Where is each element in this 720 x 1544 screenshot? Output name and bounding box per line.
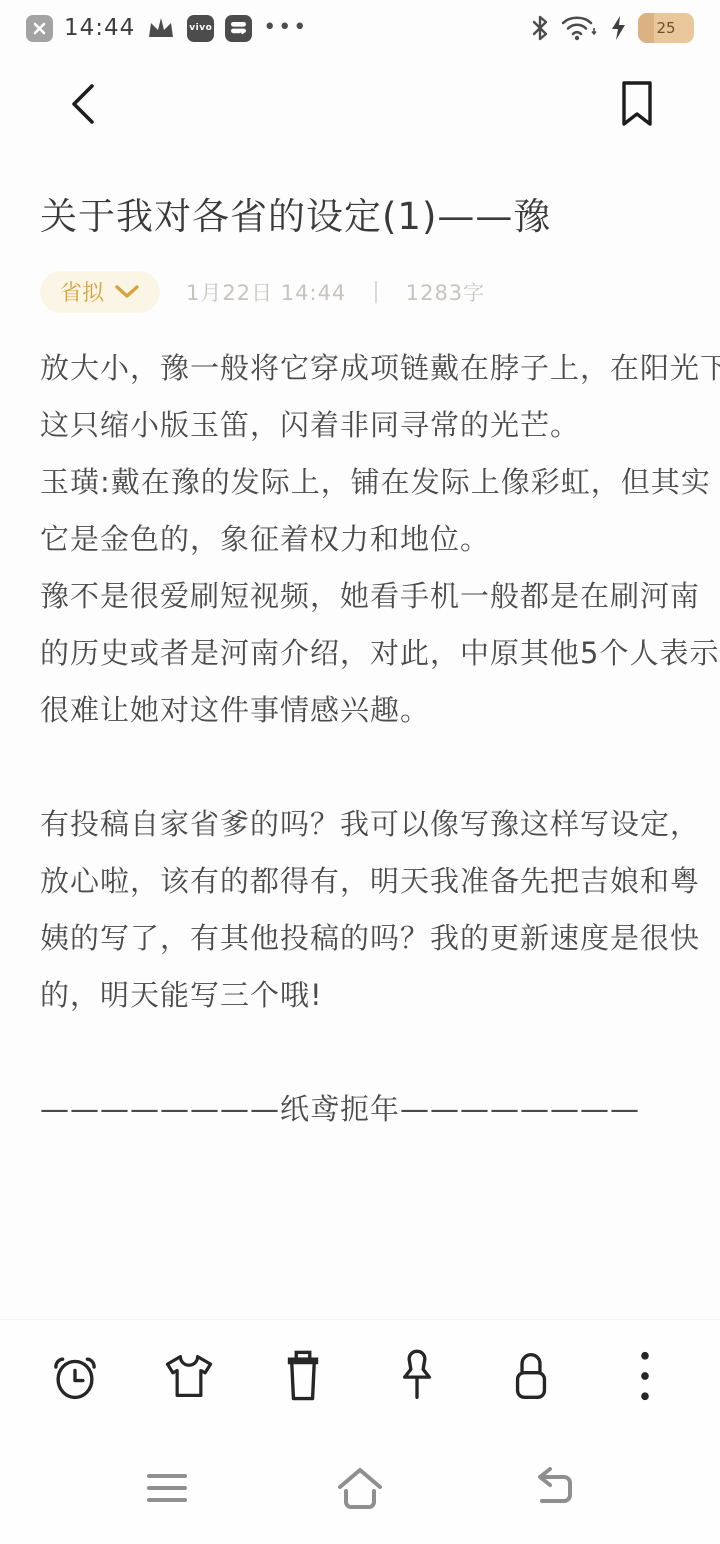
article-body-line: 的，明天能写三个哦! <box>40 965 680 1022</box>
meta-separator: | <box>372 279 379 304</box>
charging-bolt-icon <box>610 15 627 41</box>
chevron-down-icon <box>114 284 140 300</box>
article-body-line: 它是金色的，象征着权力和地位。 <box>40 509 680 566</box>
vivo-badge-label: vivo <box>189 23 212 33</box>
back-chevron-icon[interactable] <box>48 69 118 139</box>
article-body-line: 豫不是很爱刷短视频，她看手机一般都是在刷河南 <box>40 566 680 623</box>
category-tag-pill[interactable]: 省拟 <box>40 271 160 313</box>
crown-icon <box>146 15 176 41</box>
bookmark-icon[interactable] <box>602 69 672 139</box>
status-bar-right: 25 <box>530 13 694 43</box>
bluetooth-icon <box>530 14 550 42</box>
note-app-screen: 14:44 vivo ••• <box>0 0 720 1544</box>
battery-icon: 25 <box>638 13 694 43</box>
article-date: 1月22日 14:44 <box>186 277 346 307</box>
article-title: 关于我对各省的设定(1)——豫 <box>40 192 680 242</box>
article-body-line: ————————纸鸢扼年———————— <box>40 1079 680 1136</box>
battery-fill-level <box>638 13 654 43</box>
menu-icon[interactable] <box>132 1453 202 1523</box>
trash-icon[interactable] <box>268 1341 338 1411</box>
article-word-count: 1283字 <box>406 277 485 307</box>
lock-icon[interactable] <box>496 1341 566 1411</box>
article: 关于我对各省的设定(1)——豫 省拟 1月22日 14:44 | 1283字 放… <box>0 152 720 1136</box>
article-body-line: 这只缩小版玉笛，闪着非同寻常的光芒。 <box>40 395 680 452</box>
back-return-icon[interactable] <box>518 1453 588 1523</box>
article-body-line: 放心啦，该有的都得有，明天我准备先把吉娘和粤 <box>40 851 680 908</box>
article-body-line: 玉璜:戴在豫的发际上，铺在发际上像彩虹，但其实 <box>40 452 680 509</box>
alarm-clock-icon[interactable] <box>40 1341 110 1411</box>
more-vertical-icon[interactable] <box>610 1341 680 1411</box>
note-toolbar <box>0 1319 720 1432</box>
home-icon[interactable] <box>325 1453 395 1523</box>
sim-missing-icon <box>26 15 53 42</box>
wifi-icon <box>561 14 599 42</box>
article-body-line <box>40 1022 680 1079</box>
article-body-line <box>40 737 680 794</box>
vivo-badge-icon: vivo <box>187 15 214 42</box>
status-bar: 14:44 vivo ••• <box>0 0 720 56</box>
shirt-skin-icon[interactable] <box>154 1341 224 1411</box>
status-bar-left: 14:44 vivo ••• <box>26 15 308 42</box>
app-bar <box>0 56 720 152</box>
more-dots-icon: ••• <box>263 23 308 33</box>
article-body-line: 放大小，豫一般将它穿成项链戴在脖子上，在阳光下 <box>40 338 680 395</box>
article-body-line: 有投稿自家省爹的吗？我可以像写豫这样写设定， <box>40 794 680 851</box>
status-time: 14:44 <box>64 15 135 41</box>
article-body: 放大小，豫一般将它穿成项链戴在脖子上，在阳光下这只缩小版玉笛，闪着非同寻常的光芒… <box>40 338 680 1136</box>
article-body-line: 很难让她对这件事情感兴趣。 <box>40 680 680 737</box>
pushpin-icon[interactable] <box>382 1341 452 1411</box>
battery-percent: 25 <box>656 19 675 37</box>
system-navbar <box>0 1432 720 1544</box>
category-tag-label: 省拟 <box>60 276 104 307</box>
article-body-line: 的历史或者是河南介绍，对此，中原其他5个人表示 <box>40 623 680 680</box>
article-meta-row: 省拟 1月22日 14:44 | 1283字 <box>40 270 680 314</box>
article-body-line: 姨的写了，有其他投稿的吗？我的更新速度是很快 <box>40 908 680 965</box>
notes-badge-icon <box>225 15 252 42</box>
